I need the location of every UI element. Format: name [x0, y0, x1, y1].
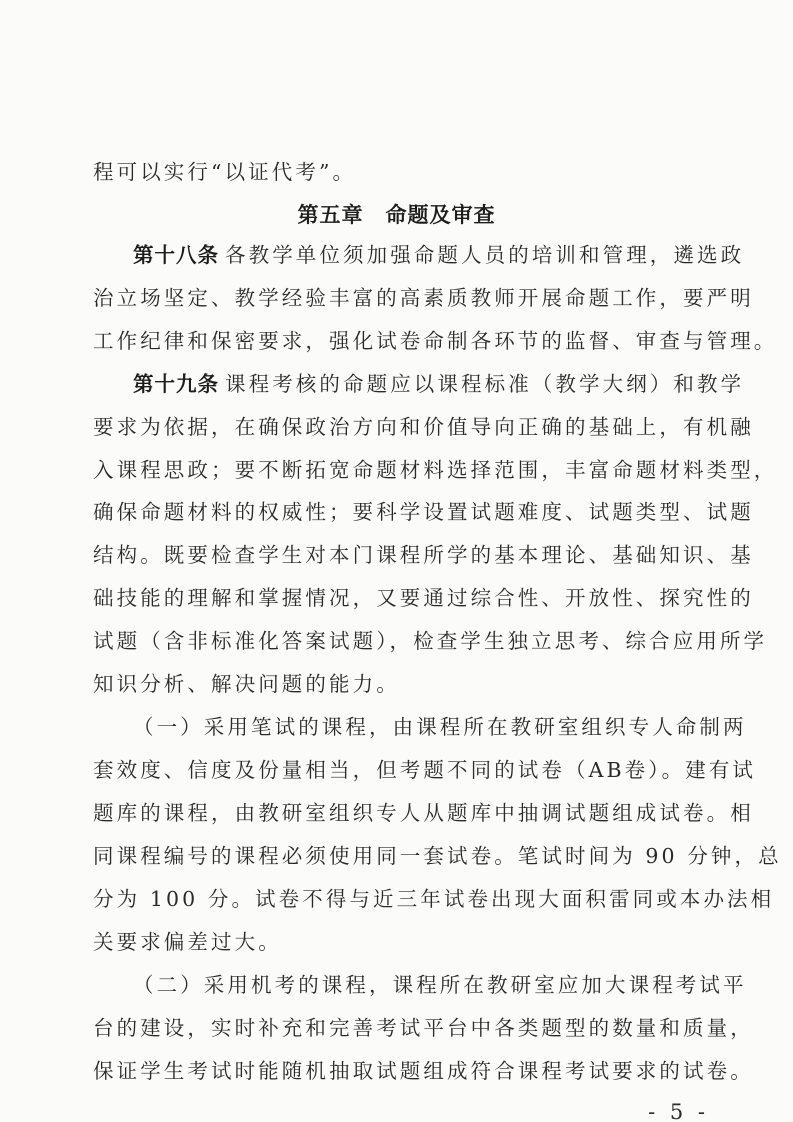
text-line: 入课程思政；要不断拓宽命题材料选择范围，丰富命题材料类型，: [93, 456, 703, 484]
chapter-heading: 第五章命题及审查: [0, 199, 793, 229]
text-line: 知识分析、解决问题的能力。: [93, 670, 703, 698]
text-line: 分为 100 分。试卷不得与近三年试卷出现大面积雷同或本办法相: [93, 885, 703, 913]
article-18-label: 第十八条: [133, 243, 219, 267]
text-line: 台的建设，实时补充和完善考试平台中各类题型的数量和质量，: [93, 1014, 703, 1042]
article-19-line: 第十九条课程考核的命题应以课程标准（教学大纲）和教学: [133, 370, 703, 398]
text-line: 套效度、信度及份量相当，但考题不同的试卷（AB卷）。建有试: [93, 756, 703, 784]
text-line: 治立场坚定、教学经验丰富的高素质教师开展命题工作，要严明: [93, 284, 703, 312]
text-line: （二）采用机考的课程，课程所在教研室应加大课程考试平: [133, 971, 703, 999]
article-18-line: 第十八条各教学单位须加强命题人员的培训和管理，遴选政: [133, 241, 703, 269]
text-line: 确保命题材料的权威性；要科学设置试题难度、试题类型、试题: [93, 498, 703, 526]
text-line: 课程考核的命题应以课程标准（教学大纲）和教学: [225, 372, 744, 396]
text-line: 要求为依据，在确保政治方向和价值导向正确的基础上，有机融: [93, 413, 703, 441]
text-line: 题库的课程，由教研室组织专人从题库中抽调试题组成试卷。相: [93, 799, 703, 827]
text-line: 各教学单位须加强命题人员的培训和管理，遴选政: [225, 243, 744, 267]
text-line: 同课程编号的课程必须使用同一套试卷。笔试时间为 90 分钟，总: [93, 842, 703, 870]
text-line: 关要求偏差过大。: [93, 928, 703, 956]
text-line: 础技能的理解和掌握情况，又要通过综合性、开放性、探究性的: [93, 584, 703, 612]
article-19-label: 第十九条: [133, 372, 219, 396]
page-number: - 5 -: [648, 1100, 709, 1122]
text-line: 试题（含非标准化答案试题），检查学生独立思考、综合应用所学: [93, 627, 703, 655]
chapter-number: 第五章: [298, 203, 364, 227]
text-line: （一）采用笔试的课程，由课程所在教研室组织专人命制两: [133, 713, 703, 741]
text-line: 结构。既要检查学生对本门课程所学的基本理论、基础知识、基: [93, 541, 703, 569]
chapter-title: 命题及审查: [386, 203, 496, 227]
text-line: 工作纪律和保密要求，强化试卷命制各环节的监督、审查与管理。: [93, 327, 703, 355]
text-line: 程可以实行“以证代考”。: [93, 158, 703, 186]
text-line: 保证学生考试时能随机抽取试题组成符合课程考试要求的试卷。: [93, 1057, 703, 1085]
